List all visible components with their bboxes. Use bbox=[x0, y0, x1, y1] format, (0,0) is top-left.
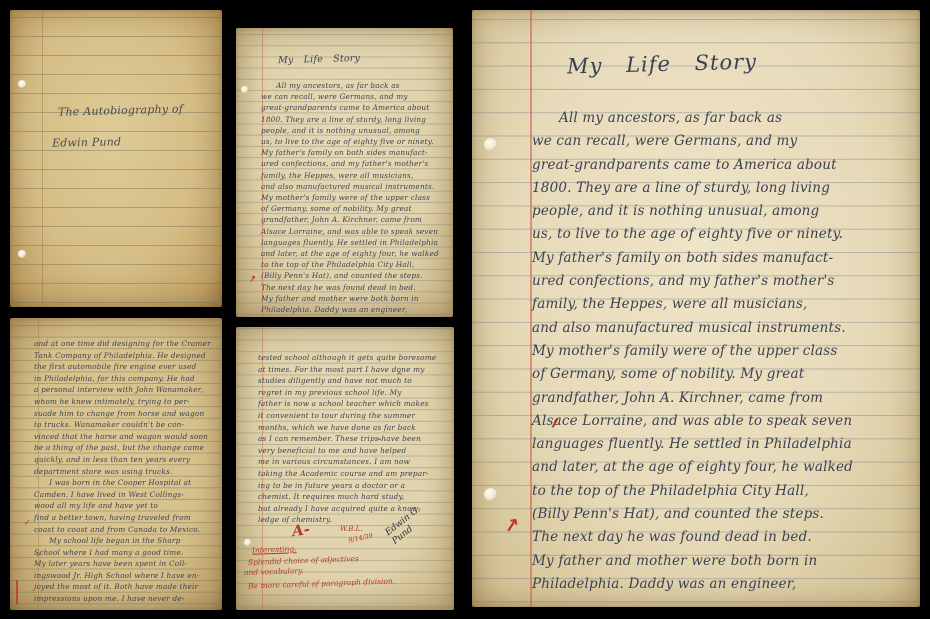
red-caret-icon: ^ bbox=[376, 437, 383, 446]
handwritten-line: we can recall, were Germans, and my bbox=[532, 130, 912, 153]
handwritten-line: languages fluently. He settled in Philad… bbox=[532, 433, 912, 456]
handwritten-line: Philadelphia. Daddy was an engineer, bbox=[261, 304, 447, 315]
handwritten-line: of Germany, some of nobility. My great bbox=[532, 363, 912, 386]
margin-line bbox=[42, 10, 43, 307]
page-heading: My Life Story bbox=[567, 50, 758, 79]
handwritten-line: My mother's family were of the upper cla… bbox=[532, 340, 912, 363]
handwritten-line: and at one time did designing for the Cr… bbox=[34, 338, 217, 350]
handwritten-line: My father and mother were both born in bbox=[261, 293, 447, 304]
handwritten-line: vinced that the horse and wagon would so… bbox=[34, 431, 217, 443]
handwriting-lines: and at one time did designing for the Cr… bbox=[34, 338, 217, 605]
teacher-comment: and vocabulary. bbox=[244, 566, 304, 577]
handwritten-line: a personal interview with John Wanamaker… bbox=[34, 384, 217, 396]
teacher-comment: Interesting. bbox=[252, 544, 297, 555]
hole-punch bbox=[484, 488, 497, 501]
handwritten-line: Alsace Lorraine, and was able to speak s… bbox=[532, 410, 912, 433]
handwritten-line: and later, at the age of eighty four, he… bbox=[261, 248, 447, 259]
handwritten-line: 1800. They are a line of sturdy, long li… bbox=[532, 177, 912, 200]
handwritten-line: All my ancestors, as far back as bbox=[532, 107, 912, 130]
handwritten-line: department store was using trucks. bbox=[34, 466, 217, 478]
handwritten-line: whom he knew intimately, trying to per- bbox=[34, 396, 217, 408]
handwritten-line: Alsace Lorraine, and was able to speak s… bbox=[261, 226, 447, 237]
handwritten-line: people, and it is nothing unusual, among bbox=[261, 125, 447, 136]
page-continuation: and at one time did designing for the Cr… bbox=[10, 318, 222, 610]
handwritten-line: ured confections, and my father's mother… bbox=[532, 270, 912, 293]
handwritten-line: as I can remember. These trips have been bbox=[258, 433, 448, 445]
handwritten-line: and also manufactured musical instrument… bbox=[532, 317, 912, 340]
handwritten-line: Camden. I have lived in West Collings- bbox=[34, 489, 217, 501]
red-paragraph-mark-icon: ↗ bbox=[248, 274, 257, 285]
handwritten-line: tested school although it gets quite bor… bbox=[258, 352, 448, 364]
handwritten-line: The next day he was found dead in bed. bbox=[532, 526, 912, 549]
handwritten-line: us, to live to the age of eighty five or… bbox=[532, 223, 912, 246]
handwritten-line: impressions upon me. I have never de- bbox=[34, 593, 217, 605]
handwritten-line: taking the Academic course and am prepar… bbox=[258, 468, 448, 480]
handwritten-line: coast to coast and from Canada to Mexico… bbox=[34, 524, 217, 536]
handwritten-line: to the top of the Philadelphia City Hall… bbox=[532, 480, 912, 503]
handwritten-line: family, the Heppes, were all musicians, bbox=[261, 170, 447, 181]
hole-punch bbox=[18, 250, 26, 258]
page-heading: My Life Story bbox=[278, 53, 360, 66]
handwritten-line: in Philadelphia, for this company. He ha… bbox=[34, 373, 217, 385]
handwritten-line: chemist. It requires much hard study, bbox=[258, 491, 448, 503]
cover-author-line: Edwin Pund bbox=[52, 135, 121, 149]
handwritten-line: (Billy Penn's Hat), and counted the step… bbox=[532, 503, 912, 526]
handwritten-line: ingswood Jr. High School where I have en… bbox=[34, 570, 217, 582]
handwritten-line: wood all my life and have yet to bbox=[34, 500, 217, 512]
handwriting-lines: tested school although it gets quite bor… bbox=[258, 352, 448, 526]
page-clean-copy: My Life Story All my ancestors, as far b… bbox=[472, 10, 920, 607]
hole-punch bbox=[241, 86, 248, 93]
manuscript-collage: The Autobiography of Edwin Pund My Life … bbox=[0, 0, 930, 619]
grade-date: 9/14/39 bbox=[347, 531, 373, 544]
handwritten-line: to the top of the Philadelphia City Hall… bbox=[261, 259, 447, 270]
red-check-icon: ✓ bbox=[24, 518, 31, 527]
handwritten-line: languages fluently. He settled in Philad… bbox=[261, 237, 447, 248]
handwritten-line: My father's family on both sides manufac… bbox=[261, 147, 447, 158]
handwritten-line: studies diligently and have not much to bbox=[258, 375, 448, 387]
handwritten-line: it convenient to tour during the summer bbox=[258, 410, 448, 422]
handwritten-line: us, to live to the age of eighty five or… bbox=[261, 136, 447, 147]
handwriting-lines: All my ancestors, as far back aswe can r… bbox=[261, 80, 447, 315]
handwritten-line: and also manufactured musical instrument… bbox=[261, 181, 447, 192]
page-cover: The Autobiography of Edwin Pund bbox=[10, 10, 222, 307]
handwritten-line: Philadelphia. Daddy was an engineer, bbox=[532, 573, 912, 596]
handwritten-line: grandfather, John A. Kirchner, came from bbox=[261, 214, 447, 225]
handwritten-line: the first automobile fire engine ever us… bbox=[34, 361, 217, 373]
handwritten-line: me in various circumstances. I am now bbox=[258, 456, 448, 468]
handwritten-line: people, and it is nothing unusual, among bbox=[532, 200, 912, 223]
handwritten-line: be a thing of the past, but the change c… bbox=[34, 442, 217, 454]
handwritten-line: joyed the most of it. Both have made the… bbox=[34, 581, 217, 593]
handwritten-line: My father's family on both sides manufac… bbox=[532, 247, 912, 270]
handwritten-line: The next day he was found dead in bed. bbox=[261, 282, 447, 293]
handwritten-line: at times. For the most part I have done … bbox=[258, 364, 448, 376]
handwritten-line: to trucks. Wanamaker couldn't be con- bbox=[34, 419, 217, 431]
handwriting-lines: All my ancestors, as far back aswe can r… bbox=[532, 107, 912, 596]
red-check-icon: ✓ bbox=[36, 550, 43, 559]
handwritten-line: we can recall, were Germans, and my bbox=[261, 91, 447, 102]
red-caret-icon: ^ bbox=[396, 371, 403, 380]
handwritten-line: great-grandparents came to America about bbox=[532, 154, 912, 177]
hole-punch bbox=[18, 80, 26, 88]
handwritten-line: All my ancestors, as far back as bbox=[261, 80, 447, 91]
grade: A- bbox=[291, 520, 311, 540]
handwritten-line: Tank Company of Philadelphia. He designe… bbox=[34, 350, 217, 362]
handwritten-line: My mother's family were of the upper cla… bbox=[261, 192, 447, 203]
red-correction-mark bbox=[16, 580, 18, 604]
cover-title-line: The Autobiography of bbox=[58, 102, 183, 118]
handwritten-line: quickly, and in less than ten years ever… bbox=[34, 454, 217, 466]
handwritten-line: great-grandparents came to America about bbox=[261, 102, 447, 113]
red-paragraph-mark-icon: ↗ bbox=[502, 514, 522, 539]
handwritten-line: ing to be in future years a doctor or a bbox=[258, 480, 448, 492]
grader-initials: W.B.L. bbox=[340, 525, 362, 533]
handwritten-line: father is now a school teacher which mak… bbox=[258, 398, 448, 410]
handwritten-line: grandfather, John A. Kirchner, came from bbox=[532, 387, 912, 410]
handwritten-line: months, which we have done as far back bbox=[258, 422, 448, 434]
page-life-story: My Life Story All my ancestors, as far b… bbox=[236, 28, 453, 317]
handwritten-line: ured confections, and my father's mother… bbox=[261, 158, 447, 169]
handwritten-line: suade him to change from horse and wagon bbox=[34, 408, 217, 420]
handwritten-line: and later, at the age of eighty four, he… bbox=[532, 456, 912, 479]
handwritten-line: My later years have been spent in Coll- bbox=[34, 558, 217, 570]
handwritten-line: School where I had many a good time. bbox=[34, 547, 217, 559]
handwritten-line: My school life began in the Sharp bbox=[34, 535, 217, 547]
handwritten-line: 1800. They are a line of sturdy, long li… bbox=[261, 114, 447, 125]
handwritten-line: My father and mother were both born in bbox=[532, 550, 912, 573]
hole-punch bbox=[484, 138, 497, 151]
teacher-comment: Be more careful of paragraph division. bbox=[248, 576, 395, 590]
handwritten-line: of Germany, some of nobility. My great bbox=[261, 203, 447, 214]
handwritten-line: (Billy Penn's Hat), and counted the step… bbox=[261, 270, 447, 281]
handwritten-line: find a better town, having traveled from bbox=[34, 512, 217, 524]
handwritten-line: family, the Heppes, were all musicians, bbox=[532, 293, 912, 316]
handwritten-line: very beneficial to me and have helped bbox=[258, 445, 448, 457]
handwritten-line: I was born in the Cooper Hospital at bbox=[34, 477, 217, 489]
page-final-draft: tested school although it gets quite bor… bbox=[236, 327, 454, 610]
hole-punch bbox=[244, 539, 251, 546]
handwritten-line: regret in my previous school life. My bbox=[258, 387, 448, 399]
